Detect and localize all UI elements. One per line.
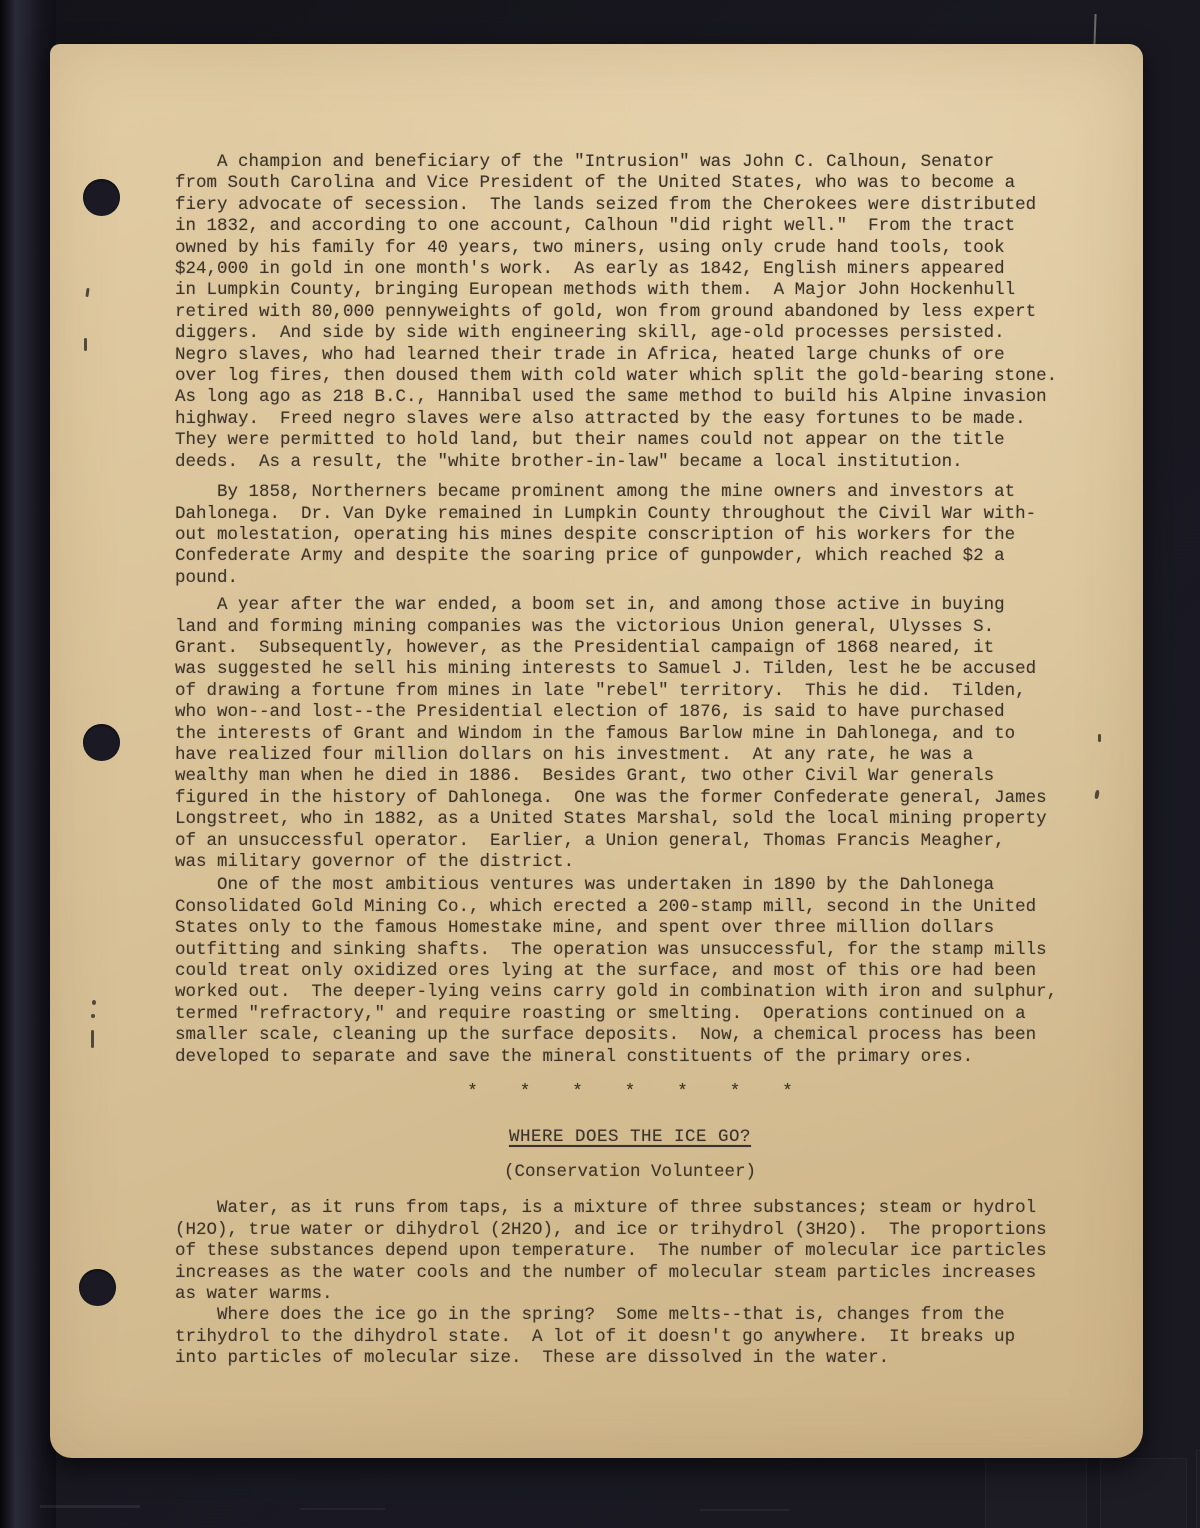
document-page: A champion and beneficiary of the "Intru… [50,44,1143,1458]
ink-speck [84,338,87,351]
ink-speck [1098,734,1101,742]
scratch-mark [1093,14,1096,46]
ink-speck [85,288,89,297]
punch-hole-bottom [79,1269,116,1306]
ink-speck [92,1000,96,1005]
punch-hole-middle [83,724,120,761]
paragraph-postwar-boom: A year after the war ended, a boom set i… [175,595,1085,873]
paragraph-water-mixture: Water, as it runs from taps, is a mixtur… [175,1198,1085,1305]
document-text: A champion and beneficiary of the "Intru… [175,152,1085,1370]
paragraph-consolidated-mining: One of the most ambitious ventures was u… [175,875,1085,1068]
scan-background: A champion and beneficiary of the "Intru… [0,0,1200,1528]
binder-spine [0,0,56,1528]
paragraph-northerners-1858: By 1858, Northerners became prominent am… [175,482,1085,589]
background-dash [300,1508,385,1510]
ink-speck [1094,790,1100,800]
paragraph-ice-in-spring: Where does the ice go in the spring? Som… [175,1305,1085,1369]
background-dash [40,1505,140,1508]
article-title: WHERE DOES THE ICE GO? [175,1127,1085,1148]
emboss-mark [1100,1458,1187,1528]
emboss-mark [985,1452,1087,1528]
ink-speck [91,1014,95,1018]
paragraph-calhoun-intrusion: A champion and beneficiary of the "Intru… [175,152,1085,473]
emboss-mark [1196,1450,1200,1528]
background-dash [700,1509,790,1511]
punch-hole-top [83,179,120,216]
ink-speck [91,1030,94,1048]
section-separator-asterisks: * * * * * * * [175,1082,1085,1103]
article-subtitle: (Conservation Volunteer) [175,1162,1085,1183]
